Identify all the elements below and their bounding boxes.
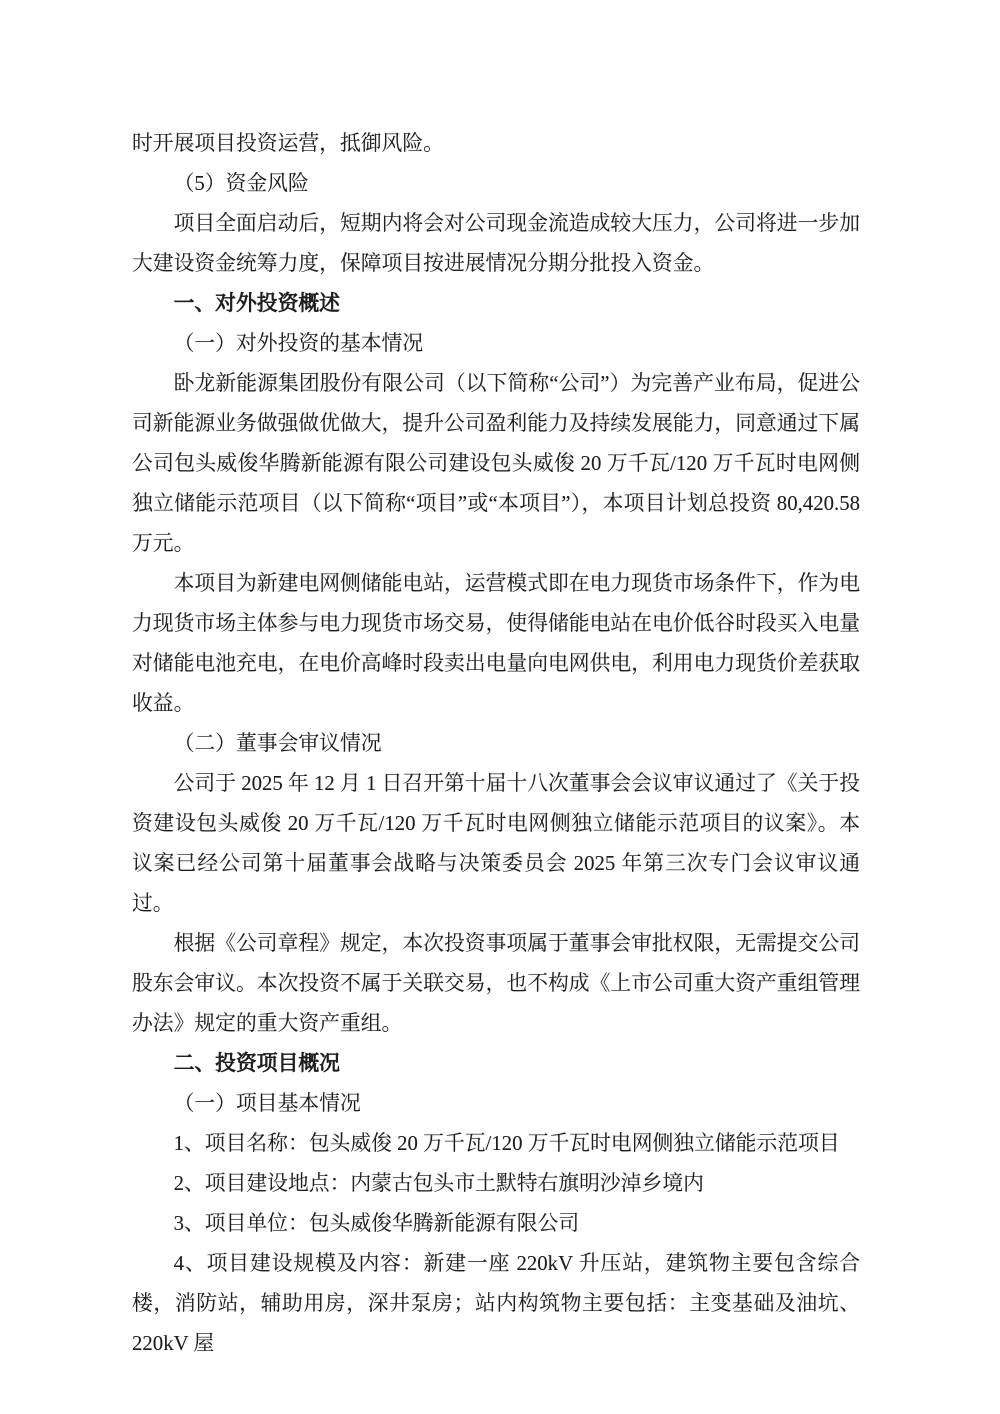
document-paragraph: （5）资金风险 (132, 164, 860, 204)
document-paragraph: 时开展项目投资运营，抵御风险。 (132, 124, 860, 164)
document-paragraph: 项目全面启动后，短期内将会对公司现金流造成较大压力，公司将进一步加大建设资金统筹… (132, 204, 860, 284)
document-paragraph: 4、项目建设规模及内容：新建一座 220kV 升压站，建筑物主要包含综合楼，消防… (132, 1244, 860, 1364)
document-page: 时开展项目投资运营，抵御风险。（5）资金风险项目全面启动后，短期内将会对公司现金… (132, 124, 860, 1364)
document-paragraph: 1、项目名称：包头威俊 20 万千瓦/120 万千瓦时电网侧独立储能示范项目 (132, 1124, 860, 1164)
document-paragraph: （二）董事会审议情况 (132, 724, 860, 764)
document-paragraph: 本项目为新建电网侧储能电站，运营模式即在电力现货市场条件下，作为电力现货市场主体… (132, 564, 860, 724)
document-paragraph: （一）对外投资的基本情况 (132, 324, 860, 364)
document-paragraph: 根据《公司章程》规定，本次投资事项属于董事会审批权限，无需提交公司股东会审议。本… (132, 924, 860, 1044)
document-paragraph: 卧龙新能源集团股份有限公司（以下简称“公司”）为完善产业布局，促进公司新能源业务… (132, 364, 860, 564)
section-heading: 二、投资项目概况 (132, 1044, 860, 1084)
section-heading: 一、对外投资概述 (132, 284, 860, 324)
document-paragraph: 2、项目建设地点：内蒙古包头市土默特右旗明沙淖乡境内 (132, 1164, 860, 1204)
document-paragraph: （一）项目基本情况 (132, 1084, 860, 1124)
document-paragraph: 3、项目单位：包头威俊华腾新能源有限公司 (132, 1204, 860, 1244)
document-paragraph: 公司于 2025 年 12 月 1 日召开第十届十八次董事会会议审议通过了《关于… (132, 764, 860, 924)
